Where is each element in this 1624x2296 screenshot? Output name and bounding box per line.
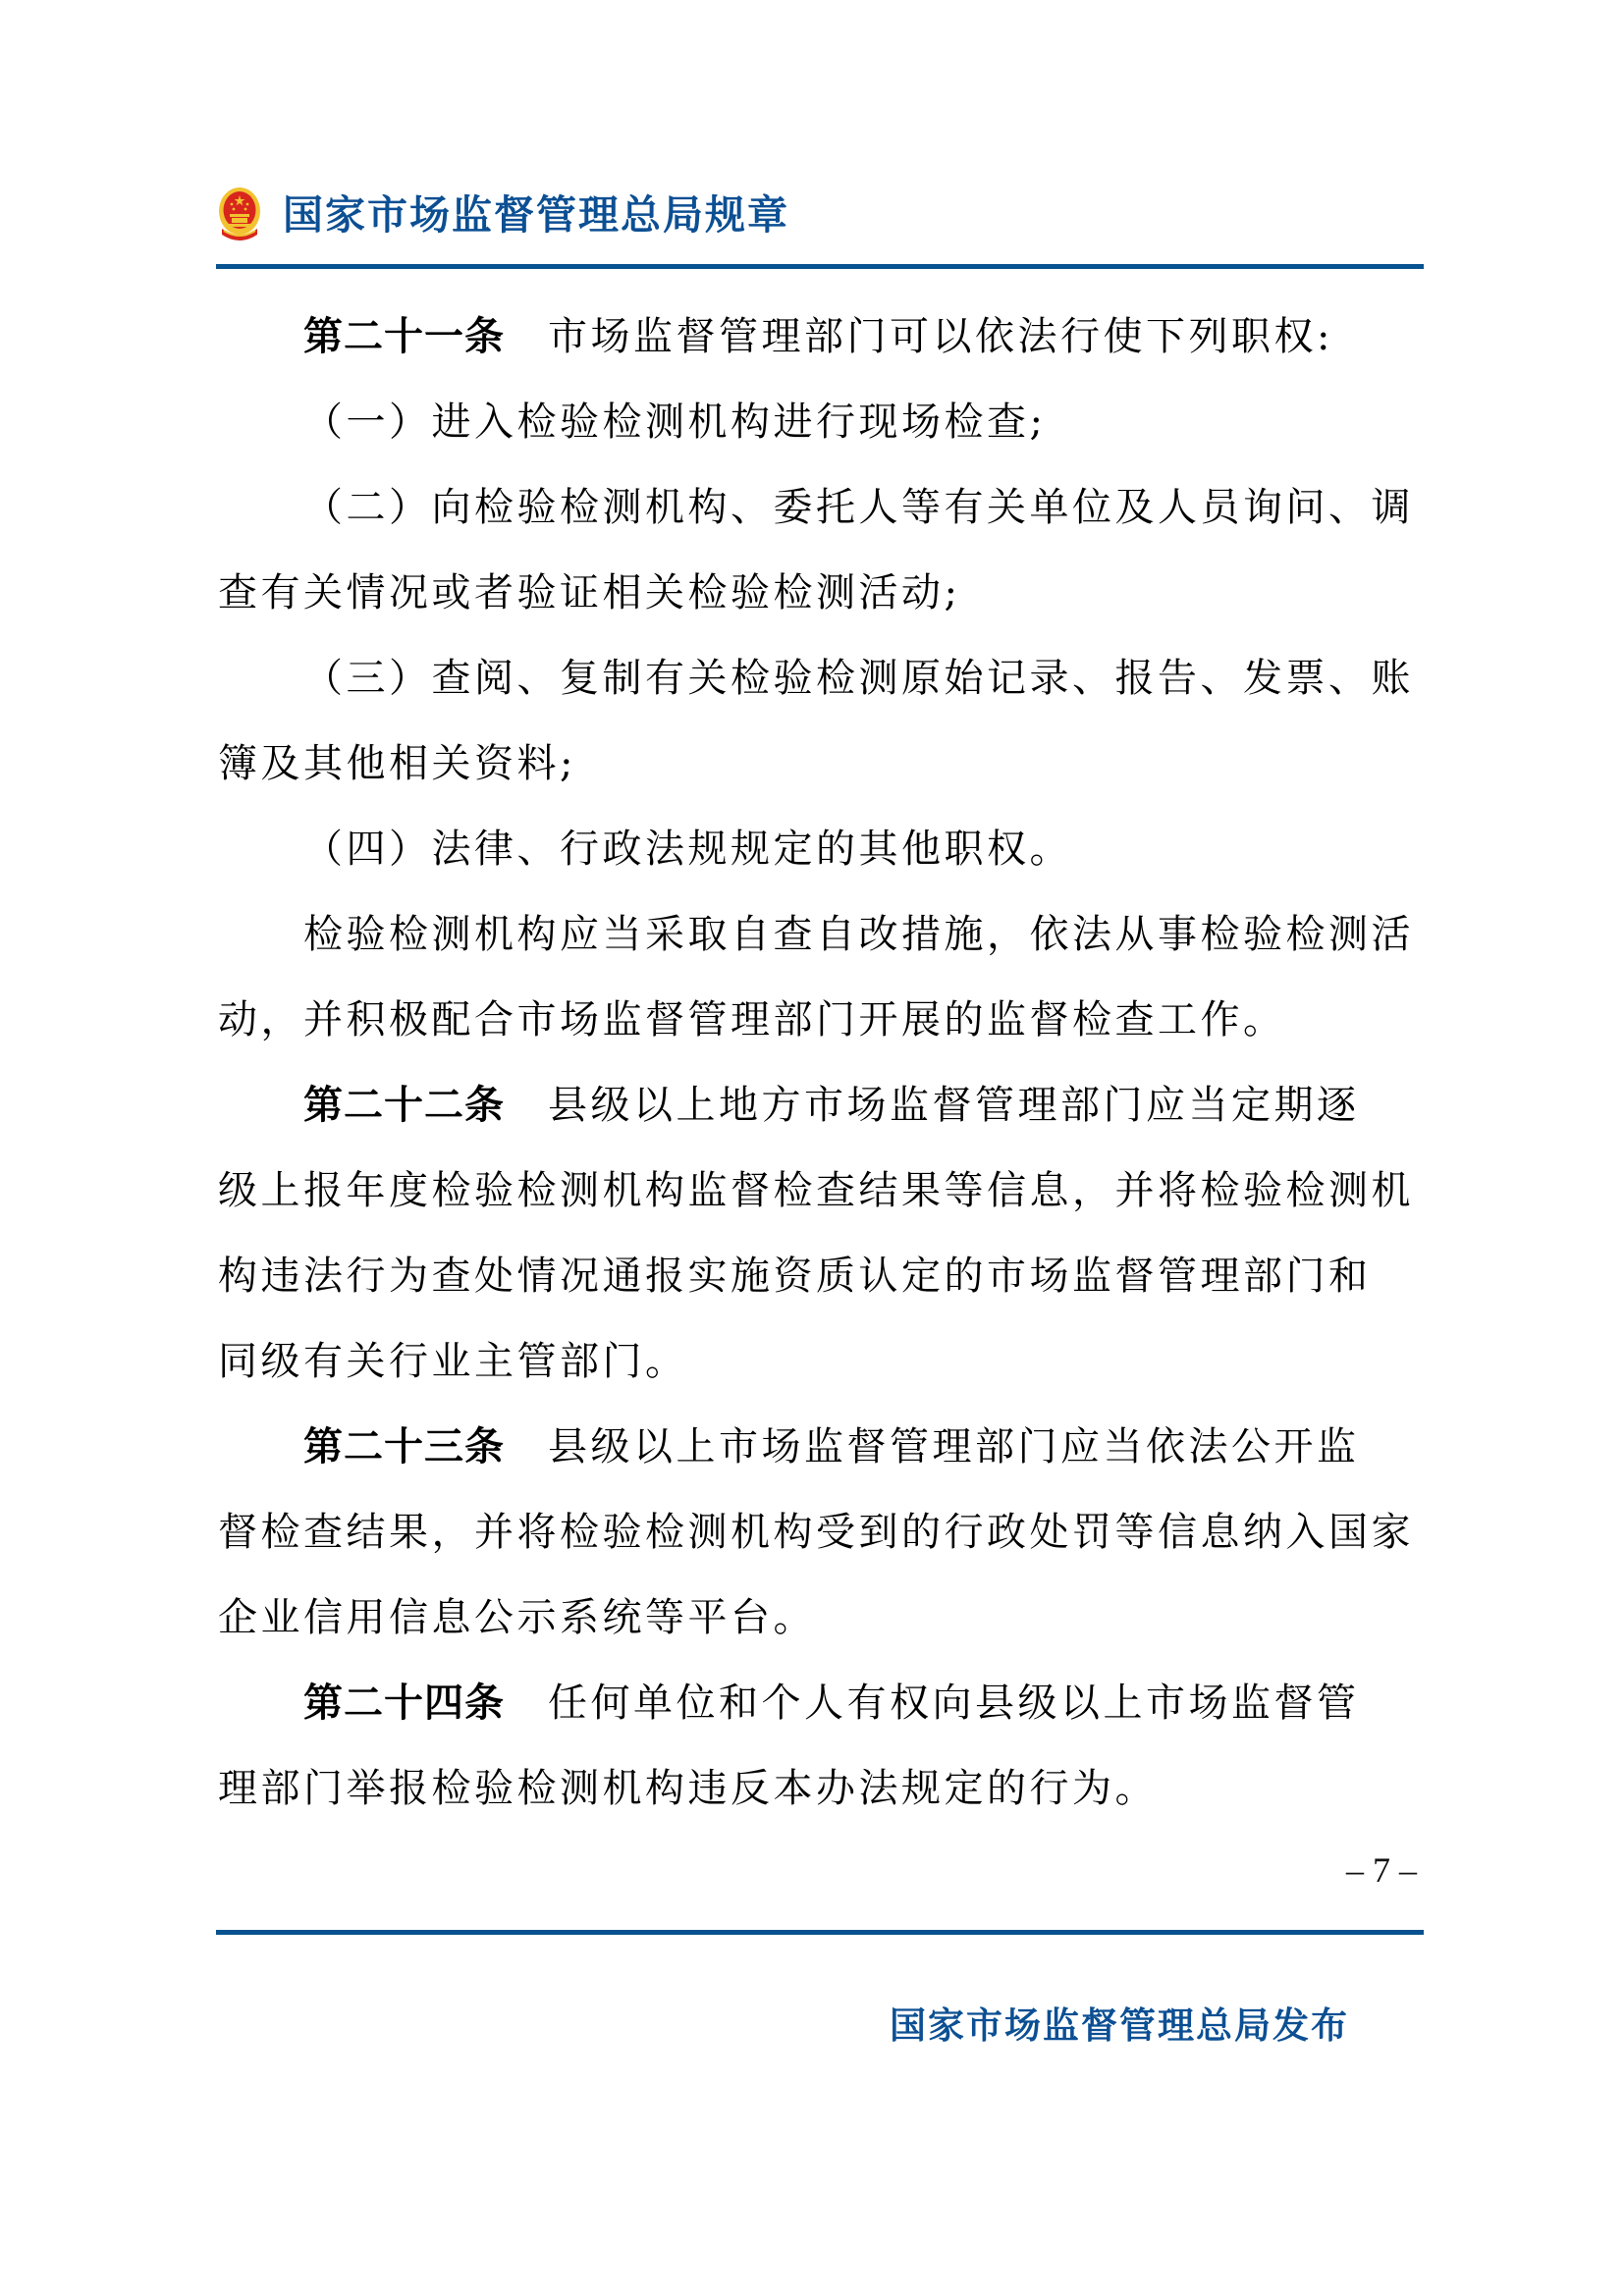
article-text: 任何单位和个人有权向县级以上市场监督管 [548, 1681, 1360, 1726]
article-number: 第二十四条 [303, 1681, 505, 1726]
article-number: 第二十二条 [303, 1083, 505, 1128]
article-23-line-2: 督检查结果，并将检验检测机构受到的行政处罚等信息纳入国家 [218, 1490, 1426, 1575]
article-24-line-2: 理部门举报检验检测机构违反本办法规定的行为。 [218, 1746, 1426, 1832]
article-number: 第二十一条 [303, 314, 505, 359]
article-text: 市场监督管理部门可以依法行使下列职权: [548, 314, 1333, 359]
footer-divider [216, 1930, 1424, 1935]
article-text: 县级以上市场监督管理部门应当依法公开监 [548, 1424, 1360, 1469]
article-21-item-2-cont: 查有关情况或者验证相关检验检测活动; [218, 551, 1426, 636]
article-23-line-3: 企业信用信息公示系统等平台。 [218, 1575, 1426, 1661]
article-21-item-2: （二）向检验检测机构、委托人等有关单位及人员询问、调 [218, 465, 1426, 551]
article-21-paragraph-2-cont: 动，并积极配合市场监督管理部门开展的监督检查工作。 [218, 978, 1426, 1063]
article-text: 县级以上地方市场监督管理部门应当定期逐 [548, 1083, 1360, 1128]
header-divider [216, 264, 1424, 269]
article-24-heading: 第二十四条任何单位和个人有权向县级以上市场监督管 [218, 1661, 1426, 1746]
article-21-item-3-cont: 簿及其他相关资料; [218, 721, 1426, 807]
article-23-heading: 第二十三条县级以上市场监督管理部门应当依法公开监 [218, 1405, 1426, 1490]
article-21-item-1: （一）进入检验检测机构进行现场检查; [218, 380, 1426, 465]
footer-publisher: 国家市场监督管理总局发布 [890, 1996, 1349, 2049]
article-22-line-3: 构违法行为查处情况通报实施资质认定的市场监督管理部门和 [218, 1234, 1426, 1319]
article-22-line-2: 级上报年度检验检测机构监督检查结果等信息，并将检验检测机 [218, 1148, 1426, 1234]
article-21-heading: 第二十一条市场监督管理部门可以依法行使下列职权: [218, 294, 1426, 380]
article-22-line-4: 同级有关行业主管部门。 [218, 1319, 1426, 1405]
article-21-paragraph-2: 检验检测机构应当采取自查自改措施，依法从事检验检测活 [218, 892, 1426, 978]
national-emblem-icon [218, 186, 261, 244]
article-number: 第二十三条 [303, 1424, 505, 1469]
article-22-heading: 第二十二条县级以上地方市场监督管理部门应当定期逐 [218, 1063, 1426, 1148]
document-body: 第二十一条市场监督管理部门可以依法行使下列职权: （一）进入检验检测机构进行现场… [218, 294, 1426, 1832]
document-page: 国家市场监督管理总局规章 第二十一条市场监督管理部门可以依法行使下列职权: （一… [0, 0, 1624, 2296]
page-header: 国家市场监督管理总局规章 [218, 183, 789, 247]
page-number: – 7 – [1337, 1849, 1426, 1891]
article-21-item-4: （四）法律、行政法规规定的其他职权。 [218, 807, 1426, 892]
header-title: 国家市场监督管理总局规章 [283, 195, 789, 236]
article-21-item-3: （三）查阅、复制有关检验检测原始记录、报告、发票、账 [218, 636, 1426, 721]
